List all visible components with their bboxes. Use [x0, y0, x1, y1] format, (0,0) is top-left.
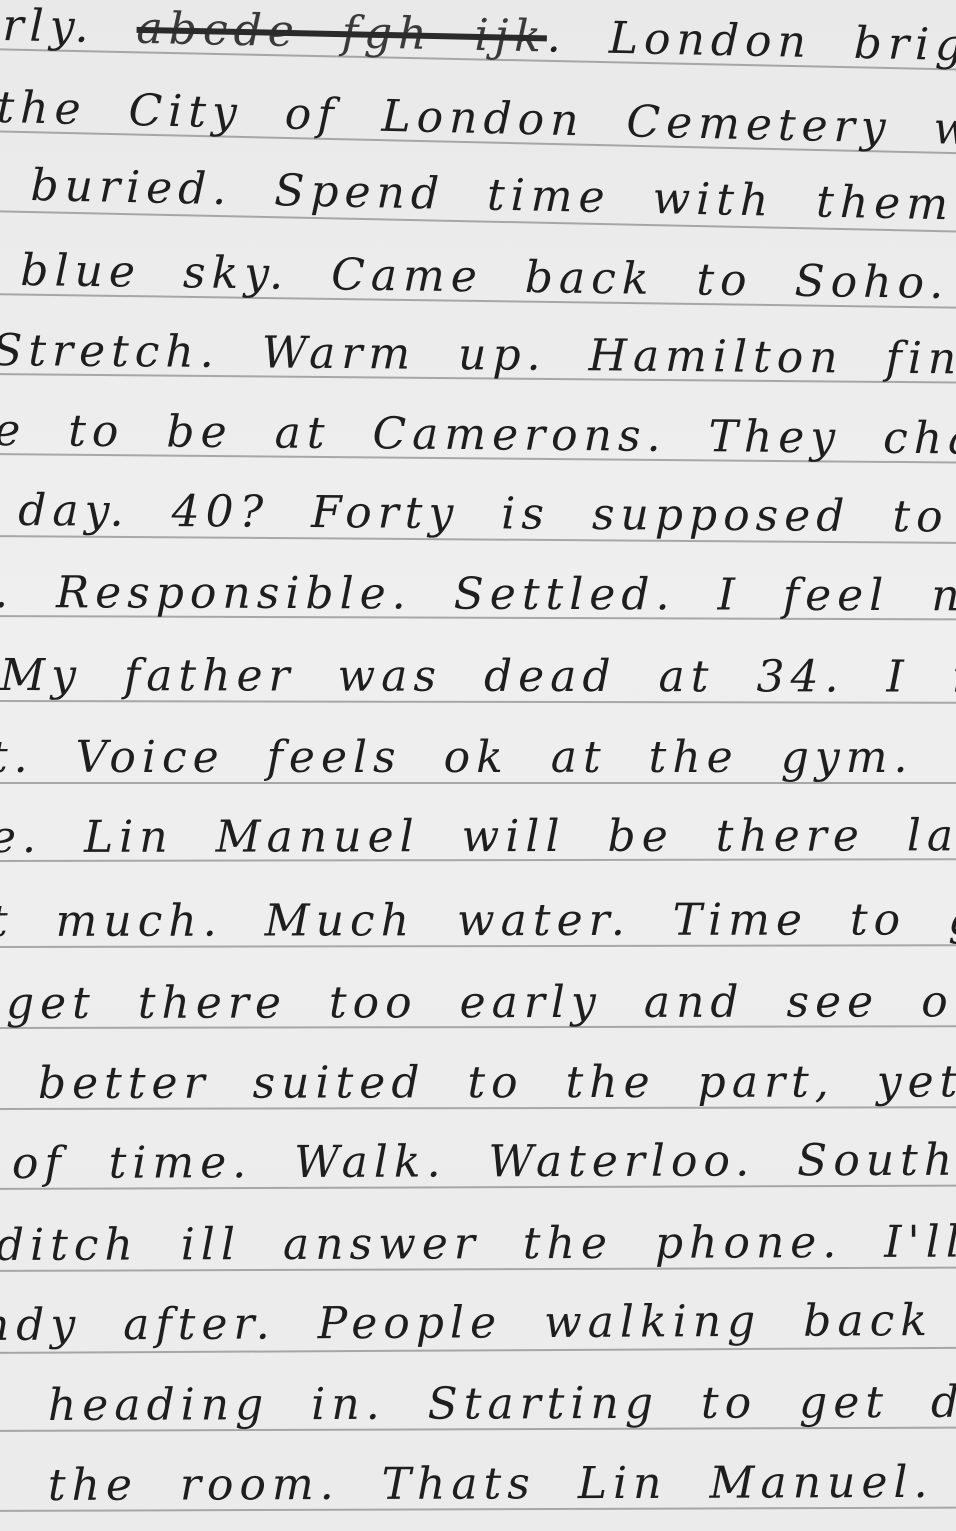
text-line-6: e to be at Camerons. They change it half… — [0, 405, 956, 468]
text-line-11: e. Lin Manuel will be there later. Wha — [0, 810, 956, 863]
text-line-14: better suited to the part, yet must be — [38, 1056, 956, 1109]
text-line-4: blue sky. Came back to Soho. Gym. Run. — [20, 245, 956, 314]
text-line-10: t. Voice feels ok at the gym. The treadm — [0, 732, 956, 783]
text-line-15: of time. Walk. Waterloo. Southwark. St — [12, 1134, 956, 1189]
text-line-9: My father was dead at 34. I never out — [0, 650, 956, 703]
text-line-17: hdy after. People walking back to the Wa… — [0, 1292, 956, 1351]
text-fragment: rly. — [2, 0, 95, 53]
text-fragment: . London bright, cold and — [546, 11, 956, 79]
text-line-1: rly. abcde fgh ijk. London bright, cold … — [2, 0, 956, 79]
text-line-7: day. 40? Forty is supposed to be grown — [18, 485, 956, 545]
journal-page: rly. abcde fgh ijk. London bright, cold … — [0, 0, 956, 1531]
text-line-3: buried. Spend time with them. Rows of g — [30, 160, 956, 238]
text-line-12: t much. Much water. Time to go. Do — [0, 894, 956, 947]
text-line-13: get there too early and see or hear all … — [6, 976, 956, 1029]
crossed-out-text: abcde fgh ijk — [136, 3, 547, 63]
text-line-19: the room. Thats Lin Manuel. — [48, 1457, 934, 1511]
text-line-16: ditch ill answer the phone. I'll eat aft… — [0, 1216, 956, 1271]
text-line-2: the City of London Cemetery where my mot… — [0, 82, 956, 168]
text-line-8: . Responsible. Settled. I feel none of t… — [0, 567, 956, 622]
text-line-5: Stretch. Warm up. Hamilton final at 5. S… — [0, 325, 956, 388]
text-line-18: heading in. Starting to get dark. — [48, 1376, 956, 1431]
